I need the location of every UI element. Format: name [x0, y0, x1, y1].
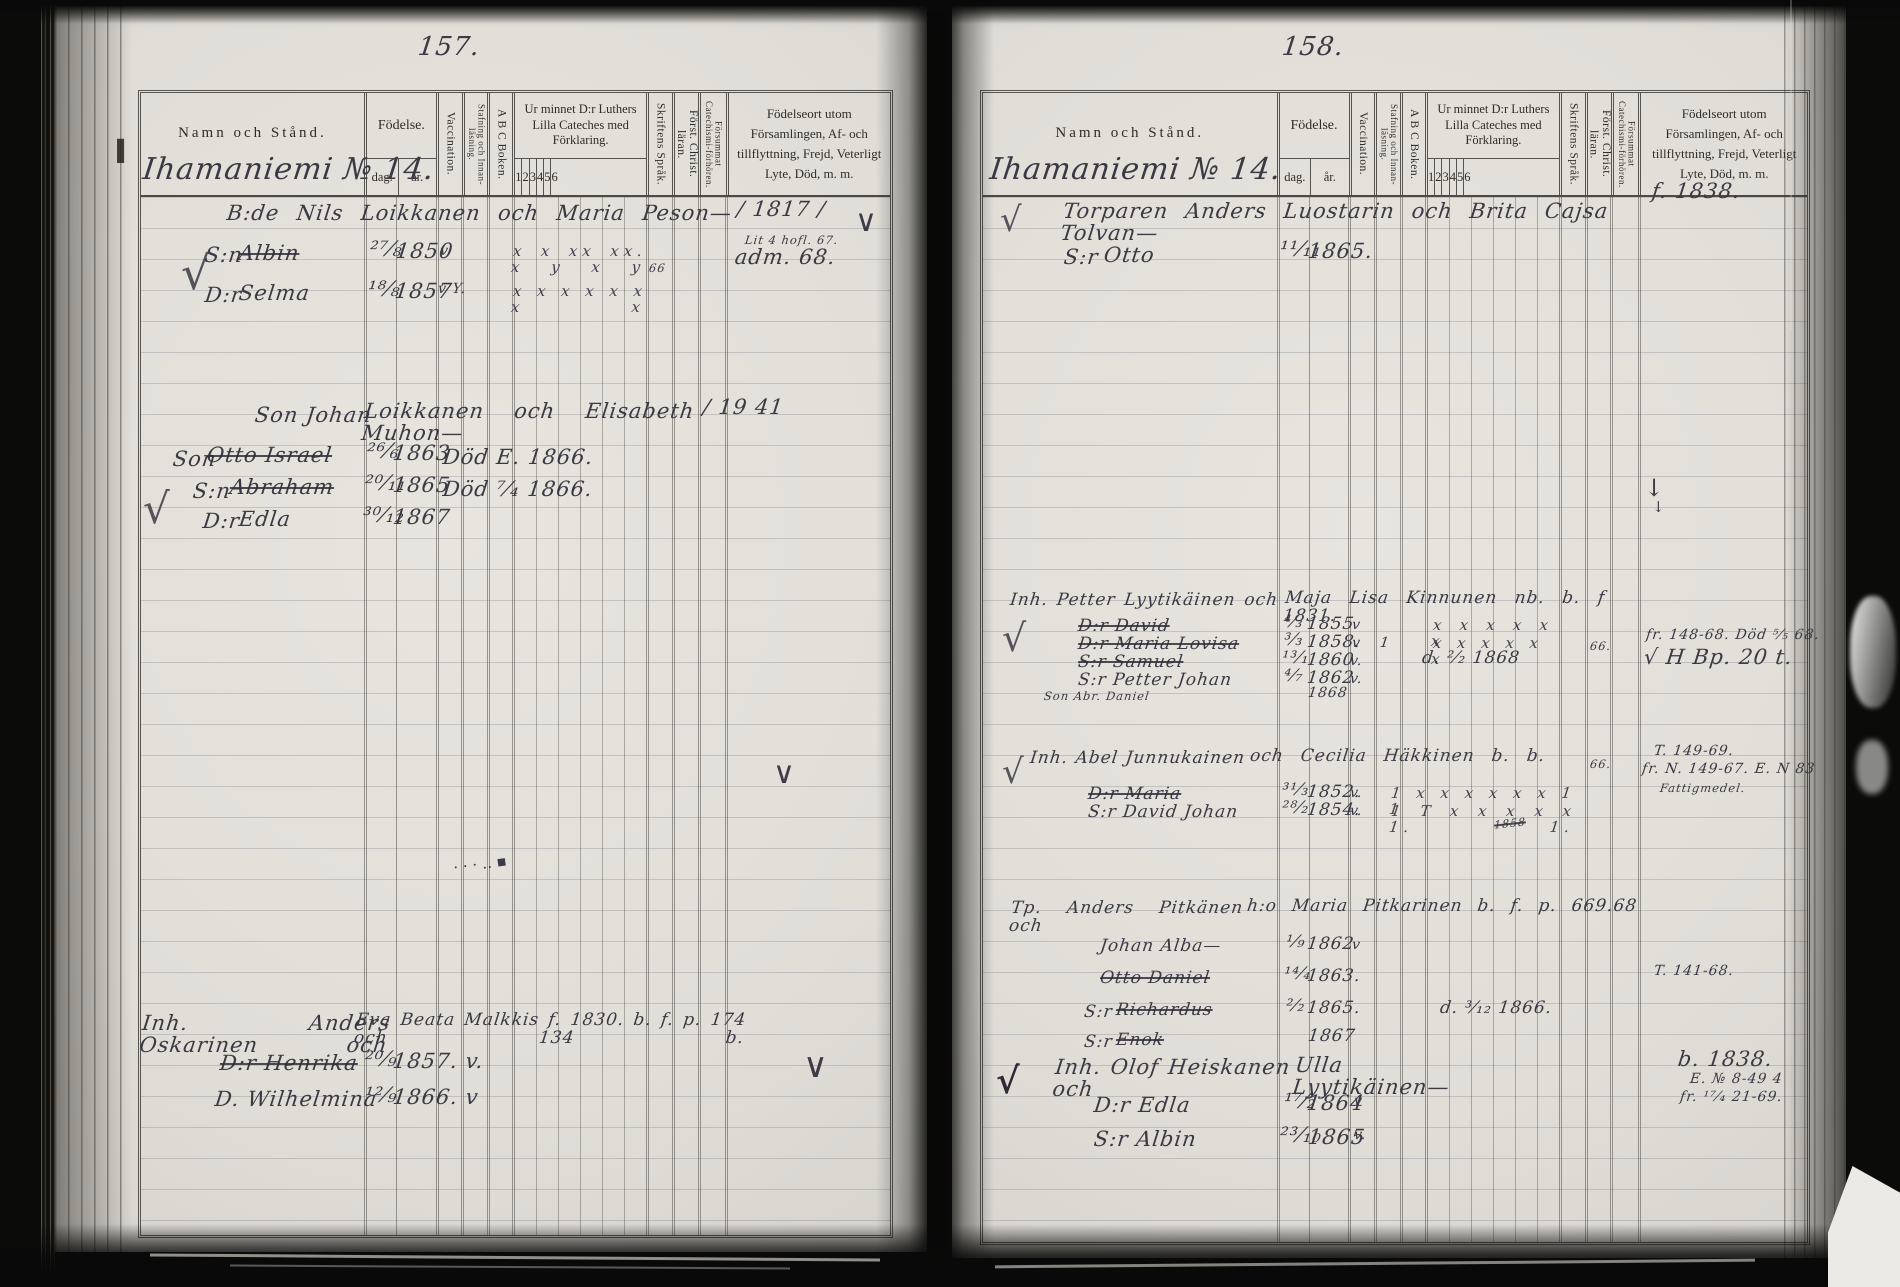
handwritten-entry: √	[1002, 752, 1024, 792]
catechism-col-4: 4	[1449, 159, 1456, 195]
handwritten-entry: D:r Edla	[1093, 1094, 1192, 1116]
col-birth-label: Födelse.	[1280, 93, 1349, 159]
col-spelling-reading: Stafning och Innan-läsning.	[1374, 93, 1400, 195]
col-missed-catechism: Försummat Catechismi-förhören.	[698, 93, 726, 195]
handwritten-entry: Otto Israel	[206, 444, 351, 466]
handwritten-entry: v.	[1349, 672, 1364, 687]
handwritten-entry: 1865.	[1307, 240, 1375, 262]
handwritten-entry: h:o Maria Pitkarinen b. f. p. 669.68	[1246, 898, 1638, 916]
handwritten-entry: adm. 68.	[734, 246, 837, 268]
col-spelling-reading: Stafning och Innan-läsning.	[462, 93, 488, 195]
handwritten-entry: 1	[1379, 636, 1391, 651]
handwritten-entry: Abraham	[229, 476, 352, 498]
handwritten-entry: 1867	[392, 506, 452, 528]
catechism-col-3: 3	[529, 159, 536, 195]
col-catechism-label: Ur minnet D:r Luthers Lilla Cateches med…	[1428, 93, 1559, 159]
handwritten-entry: S:r Albin	[1093, 1128, 1198, 1150]
handwritten-entry: Otto Daniel	[1099, 970, 1216, 988]
table-body-grid	[141, 197, 890, 1235]
handwritten-entry: 1865.	[1306, 1000, 1362, 1018]
handwritten-entry: och Cecilia Häkkinen b. b.	[1249, 748, 1546, 766]
register-page-right: Namn och Stånd. Födelse. dag. år. Vaccin…	[952, 6, 1846, 1258]
handwritten-entry: fr. ¹⁷⁄₄ 21-69.	[1679, 1090, 1783, 1105]
handwritten-entry: S:r	[1083, 1034, 1114, 1052]
handwritten-entry: Inh. Petter Lyytikäinen och	[1009, 592, 1279, 610]
page-bottom-edge-left	[150, 1253, 880, 1261]
scanned-parish-register: { "header": { "name_label": "Namn och St…	[0, 0, 1900, 1287]
catechism-col-5: 5	[543, 159, 550, 195]
book-edge-left	[0, 0, 55, 1287]
handwritten-entry: b. 1838.	[1677, 1048, 1775, 1070]
handwritten-entry: Enok	[1115, 1032, 1187, 1050]
handwritten-entry: S:r	[1063, 246, 1100, 268]
handwritten-entry: v.	[1349, 654, 1364, 669]
page-number-right: 158.	[1280, 34, 1345, 61]
handwritten-entry: / 1817 /	[736, 198, 828, 220]
handwritten-entry: D:r Henrika	[219, 1052, 342, 1074]
handwritten-entry: fr. 148-68. Död ⁵⁄₅ 68.	[1645, 628, 1821, 643]
handwritten-entry: Johan Alba—	[1099, 938, 1221, 956]
handwritten-entry: S:r David Johan	[1087, 804, 1229, 822]
handwritten-entry: Otto	[1103, 244, 1156, 266]
handwritten-entry: ²⁄₂	[1285, 998, 1307, 1016]
col-scripture-language: Skriftens Språk.	[1559, 93, 1585, 195]
handwritten-entry: v	[1351, 618, 1362, 633]
col-missed-catechism: Försummat Catechismi-förhören.	[1611, 93, 1639, 195]
handwritten-entry: T. 141-68.	[1653, 964, 1735, 979]
handwritten-entry: ∨	[773, 756, 795, 791]
handwritten-entry: Död ⁷⁄₄ 1866.	[442, 478, 594, 500]
handwritten-entry: Son Johan	[254, 404, 374, 426]
book-edge-right	[1846, 0, 1900, 1287]
handwritten-entry: E. № 8-49 4	[1689, 1072, 1783, 1087]
handwritten-entry: Edla	[238, 508, 293, 530]
handwritten-entry: f. 1838.	[1651, 180, 1742, 202]
catechism-col-2: 2	[1434, 159, 1441, 195]
col-birth-year: år.	[1310, 159, 1348, 195]
col-christian-doctrine: Först. Christ. läran.	[1585, 93, 1611, 195]
handwritten-entry: Fattigmedel.	[1659, 782, 1746, 794]
handwritten-entry: 1867	[1307, 1028, 1356, 1046]
handwritten-entry: v Y.	[437, 282, 467, 297]
handwritten-entry: Tp. Anders Pitkänen och	[1008, 900, 1244, 936]
handwritten-entry: v.	[1349, 804, 1364, 819]
register-page-left: Namn och Stånd. Födelse. dag. år. Vaccin…	[55, 6, 927, 1252]
handwritten-entry: Torparen Anders Luostarin och Brita Cajs…	[1059, 200, 1609, 244]
handwritten-entry: v	[1351, 636, 1362, 651]
handwritten-entry: x x x x x x x x	[510, 284, 648, 316]
page-bottom-edge-right	[995, 1259, 1755, 1268]
group-title: Ihamaniemi № 14.	[141, 154, 436, 186]
handwritten-entry: Loikkanen och Elisabeth Muhon—	[360, 400, 695, 444]
handwritten-entry: ⁴⁄₇	[1283, 668, 1305, 686]
handwritten-entry: Selma	[238, 282, 312, 304]
handwritten-entry: B:de Nils Loikkanen och Maria Peson—	[226, 202, 734, 224]
col-catechism-label: Ur minnet D:r Luthers Lilla Cateches med…	[515, 93, 646, 159]
handwritten-entry: v.	[1353, 1128, 1368, 1143]
handwritten-entry: Eva Beata Malkkis f. 1830. b. f. p. 174 …	[353, 1012, 747, 1048]
handwritten-entry: v	[1351, 938, 1362, 953]
handwritten-entry: Richardus	[1115, 1002, 1222, 1020]
col-christian-doctrine: Först. Christ. läran.	[672, 93, 698, 195]
handwritten-entry: ¹⁄₉	[1285, 934, 1307, 952]
handwritten-entry: S:n	[192, 480, 233, 502]
col-vaccination: Vaccination.	[1349, 93, 1375, 195]
handwritten-entry: ∨	[803, 1046, 828, 1086]
col-name-label: Namn och Stånd.	[983, 125, 1277, 142]
handwritten-entry: √	[996, 1060, 1020, 1102]
handwritten-entry: Död E. 1866.	[442, 446, 595, 468]
col-catechism: Ur minnet D:r Luthers Lilla Cateches med…	[512, 93, 646, 195]
handwritten-entry: D. Wilhelmina	[214, 1088, 362, 1110]
handwritten-entry: S:r Petter Johan	[1077, 672, 1219, 690]
handwritten-entry: x x xx xx. x y x y	[510, 244, 648, 276]
handwritten-entry: Albin	[238, 242, 323, 264]
handwritten-entry: 66.	[1589, 640, 1612, 652]
col-birthplace-notes: Födelseort utom Församlingen, Af- och ti…	[726, 93, 890, 195]
handwritten-entry: Son Abr. Daniel	[1043, 690, 1150, 702]
handwritten-entry: √	[1002, 616, 1026, 660]
scan-light-streak-small	[1856, 740, 1888, 794]
page-number-left: 157.	[416, 34, 481, 61]
handwritten-entry: 1862	[1306, 936, 1355, 954]
handwritten-entry: 1866. v	[392, 1086, 480, 1108]
handwritten-entry: 1 T x x x x x 1. 1.	[1388, 804, 1577, 836]
handwritten-entry: D:r	[202, 510, 242, 532]
scan-light-streak	[1850, 596, 1896, 708]
col-abc-book: A B C Boken.	[1400, 93, 1425, 195]
col-catechism: Ur minnet D:r Luthers Lilla Cateches med…	[1425, 93, 1559, 195]
handwritten-entry: v	[439, 244, 450, 259]
handwritten-entry: v	[1353, 1094, 1364, 1109]
col-abc-book: A B C Boken.	[487, 93, 512, 195]
handwritten-entry: d. ²⁄₂ 1868	[1421, 650, 1521, 668]
handwritten-entry: √ H Bp. 20 t.	[1643, 646, 1795, 668]
handwritten-entry: √	[1000, 200, 1022, 240]
col-scripture-language: Skriftens Språk.	[646, 93, 672, 195]
catechism-col-5: 5	[1456, 159, 1463, 195]
handwritten-entry: 1868	[1307, 686, 1348, 701]
page-bottom-edge-left-2	[230, 1265, 790, 1269]
handwritten-entry: 1863.	[1306, 968, 1362, 986]
handwritten-entry: S:r	[1083, 1004, 1114, 1022]
catechism-col-6: 6	[1463, 159, 1470, 195]
catechism-col-3: 3	[1441, 159, 1448, 195]
catechism-col-4: 4	[536, 159, 543, 195]
handwritten-entry: T. 149-69.	[1653, 744, 1735, 759]
handwritten-entry: ▌	[117, 140, 131, 163]
col-birth: Födelse. dag. år.	[1277, 93, 1349, 195]
handwritten-entry: √	[143, 484, 170, 533]
handwritten-entry: fr. N. 149-67. E. N 83	[1641, 762, 1816, 777]
catechism-col-2: 2	[521, 159, 528, 195]
handwritten-entry: ∨	[855, 204, 877, 239]
col-birth-label: Födelse.	[367, 93, 436, 159]
handwritten-entry: 66.	[1589, 758, 1612, 770]
col-birth-day: dag.	[1280, 159, 1311, 195]
handwritten-entry: / 19 41	[702, 396, 786, 418]
group-title: Ihamaniemi № 14.	[988, 154, 1283, 186]
catechism-col-6: 6	[550, 159, 557, 195]
handwritten-entry: 1857. v.	[392, 1050, 486, 1072]
handwritten-entry: v.	[1349, 786, 1364, 801]
col-name-label: Namn och Stånd.	[141, 125, 364, 142]
handwritten-entry: Inh. Abel Junnukainen	[1029, 750, 1246, 768]
handwritten-entry: 66	[648, 262, 666, 274]
handwritten-entry: d. ³⁄₁₂ 1866.	[1439, 1000, 1553, 1018]
handwritten-entry: ↓	[1652, 498, 1665, 516]
col-vaccination: Vaccination.	[436, 93, 462, 195]
